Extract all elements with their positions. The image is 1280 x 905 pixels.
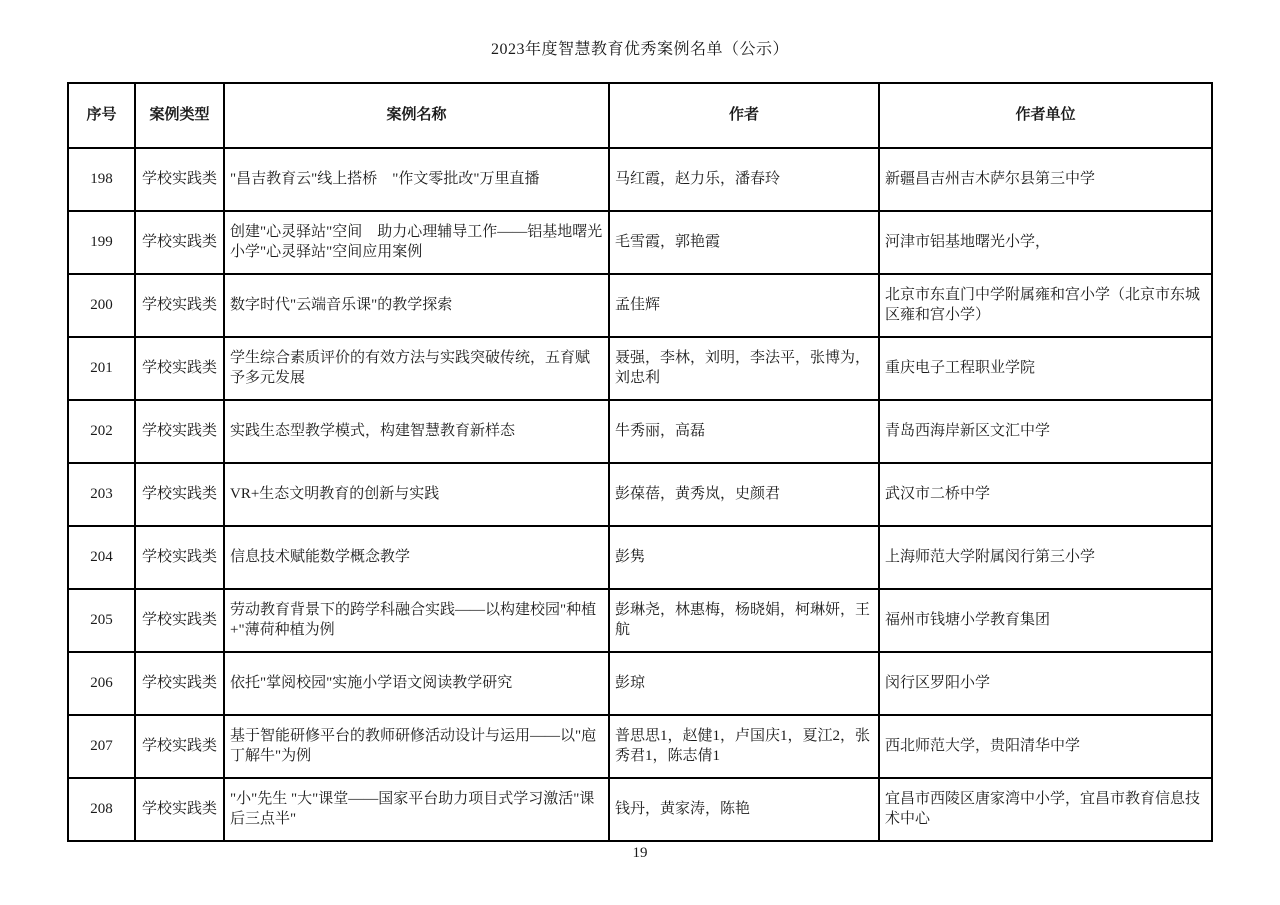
cell-org: 闵行区罗阳小学	[879, 652, 1212, 715]
cell-authors: 彭琳尧，林惠梅，杨晓娟，柯琳妍，王航	[609, 589, 879, 652]
cell-name: VR+生态文明教育的创新与实践	[224, 463, 609, 526]
header-name: 案例名称	[224, 83, 609, 148]
header-type: 案例类型	[135, 83, 224, 148]
cell-no: 205	[68, 589, 135, 652]
table-row: 207 学校实践类 基于智能研修平台的教师研修活动设计与运用——以"庖丁解牛"为…	[68, 715, 1212, 778]
cell-no: 203	[68, 463, 135, 526]
header-no: 序号	[68, 83, 135, 148]
cell-type: 学校实践类	[135, 337, 224, 400]
page-number: 19	[0, 845, 1280, 862]
cell-authors: 孟佳辉	[609, 274, 879, 337]
table-row: 206 学校实践类 依托"掌阅校园"实施小学语文阅读教学研究 彭琼 闵行区罗阳小…	[68, 652, 1212, 715]
cell-org: 西北师范大学，贵阳清华中学	[879, 715, 1212, 778]
cell-org: 新疆昌吉州吉木萨尔县第三中学	[879, 148, 1212, 211]
cell-no: 199	[68, 211, 135, 274]
cell-type: 学校实践类	[135, 463, 224, 526]
cases-table-container: 序号 案例类型 案例名称 作者 作者单位 198 学校实践类 "昌吉教育云"线上…	[67, 82, 1211, 842]
cell-authors: 普思思1，赵健1，卢国庆1，夏江2，张秀君1，陈志倩1	[609, 715, 879, 778]
cell-authors: 聂强，李林，刘明，李法平，张博为，刘忠利	[609, 337, 879, 400]
cell-type: 学校实践类	[135, 778, 224, 841]
table-header-row: 序号 案例类型 案例名称 作者 作者单位	[68, 83, 1212, 148]
cell-type: 学校实践类	[135, 526, 224, 589]
cell-no: 201	[68, 337, 135, 400]
header-org: 作者单位	[879, 83, 1212, 148]
table-row: 204 学校实践类 信息技术赋能数学概念教学 彭隽 上海师范大学附属闵行第三小学	[68, 526, 1212, 589]
table-row: 205 学校实践类 劳动教育背景下的跨学科融合实践——以构建校园"种植+"薄荷种…	[68, 589, 1212, 652]
cell-org: 武汉市二桥中学	[879, 463, 1212, 526]
table-row: 202 学校实践类 实践生态型教学模式，构建智慧教育新样态 牛秀丽，高磊 青岛西…	[68, 400, 1212, 463]
cell-type: 学校实践类	[135, 652, 224, 715]
cases-table: 序号 案例类型 案例名称 作者 作者单位 198 学校实践类 "昌吉教育云"线上…	[67, 82, 1213, 842]
cell-name: 依托"掌阅校园"实施小学语文阅读教学研究	[224, 652, 609, 715]
cell-authors: 毛雪霞，郭艳霞	[609, 211, 879, 274]
cell-type: 学校实践类	[135, 589, 224, 652]
cell-name: 数字时代"云端音乐课"的教学探索	[224, 274, 609, 337]
cell-name: 创建"心灵驿站"空间 助力心理辅导工作——铝基地曙光小学"心灵驿站"空间应用案例	[224, 211, 609, 274]
cell-no: 198	[68, 148, 135, 211]
cell-org: 重庆电子工程职业学院	[879, 337, 1212, 400]
cell-authors: 彭琼	[609, 652, 879, 715]
cell-name: 学生综合素质评价的有效方法与实践突破传统，五育赋予多元发展	[224, 337, 609, 400]
cell-org: 宜昌市西陵区唐家湾中小学，宜昌市教育信息技术中心	[879, 778, 1212, 841]
cell-name: 劳动教育背景下的跨学科融合实践——以构建校园"种植+"薄荷种植为例	[224, 589, 609, 652]
cell-name: 信息技术赋能数学概念教学	[224, 526, 609, 589]
table-row: 200 学校实践类 数字时代"云端音乐课"的教学探索 孟佳辉 北京市东直门中学附…	[68, 274, 1212, 337]
cell-no: 206	[68, 652, 135, 715]
cell-org: 上海师范大学附属闵行第三小学	[879, 526, 1212, 589]
table-body: 198 学校实践类 "昌吉教育云"线上搭桥 "作文零批改"万里直播 马红霞，赵力…	[68, 148, 1212, 841]
cell-authors: 彭隽	[609, 526, 879, 589]
cell-authors: 钱丹，黄家涛，陈艳	[609, 778, 879, 841]
table-row: 201 学校实践类 学生综合素质评价的有效方法与实践突破传统，五育赋予多元发展 …	[68, 337, 1212, 400]
cell-type: 学校实践类	[135, 274, 224, 337]
cell-type: 学校实践类	[135, 211, 224, 274]
cell-no: 208	[68, 778, 135, 841]
cell-authors: 彭葆蓓，黄秀岚，史颜君	[609, 463, 879, 526]
cell-authors: 牛秀丽，高磊	[609, 400, 879, 463]
cell-org: 福州市钱塘小学教育集团	[879, 589, 1212, 652]
cell-no: 202	[68, 400, 135, 463]
cell-name: "昌吉教育云"线上搭桥 "作文零批改"万里直播	[224, 148, 609, 211]
cell-org: 北京市东直门中学附属雍和宫小学（北京市东城区雍和宫小学）	[879, 274, 1212, 337]
page-title: 2023年度智慧教育优秀案例名单（公示）	[0, 36, 1280, 59]
cell-no: 204	[68, 526, 135, 589]
header-authors: 作者	[609, 83, 879, 148]
cell-name: 实践生态型教学模式，构建智慧教育新样态	[224, 400, 609, 463]
table-row: 203 学校实践类 VR+生态文明教育的创新与实践 彭葆蓓，黄秀岚，史颜君 武汉…	[68, 463, 1212, 526]
cell-type: 学校实践类	[135, 148, 224, 211]
table-row: 208 学校实践类 "小"先生 "大"课堂——国家平台助力项目式学习激活"课后三…	[68, 778, 1212, 841]
cell-org: 青岛西海岸新区文汇中学	[879, 400, 1212, 463]
cell-org: 河津市铝基地曙光小学，	[879, 211, 1212, 274]
table-row: 198 学校实践类 "昌吉教育云"线上搭桥 "作文零批改"万里直播 马红霞，赵力…	[68, 148, 1212, 211]
cell-name: "小"先生 "大"课堂——国家平台助力项目式学习激活"课后三点半"	[224, 778, 609, 841]
cell-name: 基于智能研修平台的教师研修活动设计与运用——以"庖丁解牛"为例	[224, 715, 609, 778]
table-row: 199 学校实践类 创建"心灵驿站"空间 助力心理辅导工作——铝基地曙光小学"心…	[68, 211, 1212, 274]
cell-type: 学校实践类	[135, 715, 224, 778]
cell-type: 学校实践类	[135, 400, 224, 463]
cell-no: 207	[68, 715, 135, 778]
cell-no: 200	[68, 274, 135, 337]
cell-authors: 马红霞，赵力乐，潘春玲	[609, 148, 879, 211]
